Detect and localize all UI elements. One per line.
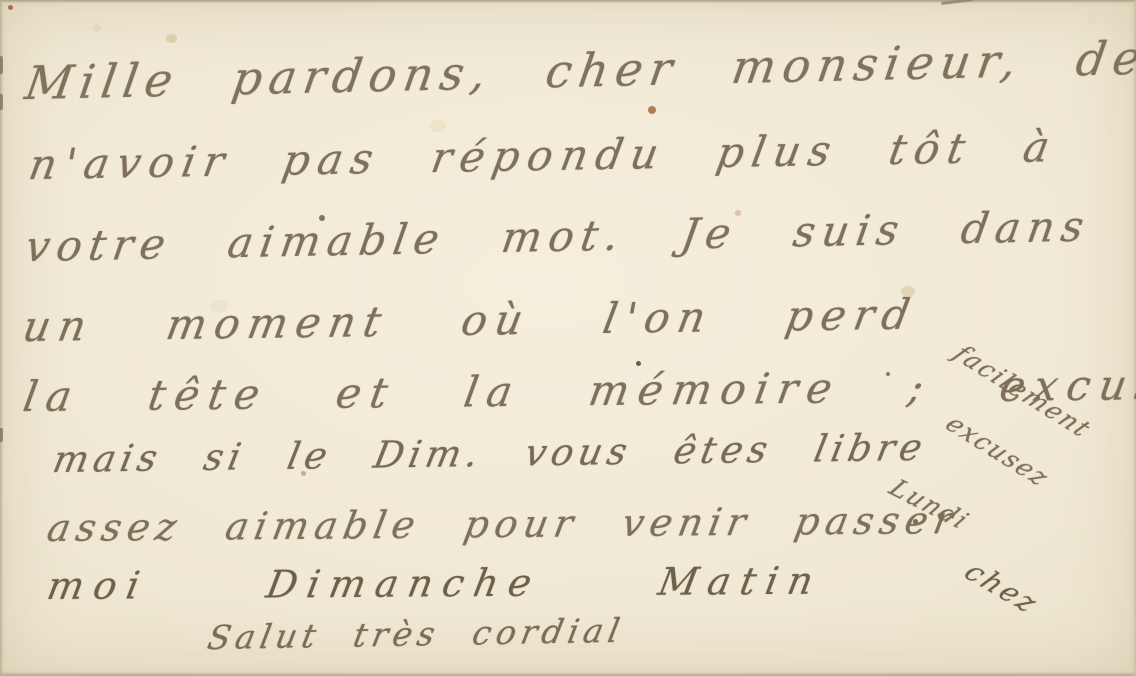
- handwritten-line-6: mais si le Dim. vous êtes libre: [49, 426, 930, 481]
- foxing-spot: [166, 34, 177, 43]
- foxing-spot: [1088, 16, 1098, 25]
- handwritten-line-7: assez aimable pour venir passer: [44, 498, 962, 550]
- handwritten-line-8: moi Dimanche Matin: [44, 559, 827, 608]
- edge-mark: [0, 94, 3, 110]
- paper-edge-bottom: [0, 672, 1136, 676]
- margin-word-2: excusez: [939, 410, 1056, 492]
- handwritten-line-4: un moment où l'on perd: [19, 290, 921, 352]
- handwritten-line-1: Mille pardons, cher monsieur, de: [22, 31, 1136, 111]
- letter-paper: Mille pardons, cher monsieur, de n'avoir…: [0, 0, 1136, 676]
- edge-mark: [0, 428, 3, 442]
- signature-line: Salut très cordial: [204, 611, 627, 657]
- foxing-spot: [92, 24, 101, 32]
- foxing-spot: [648, 106, 656, 114]
- foxing-spot: [430, 120, 446, 132]
- stray-ink-mark: [941, 0, 973, 5]
- paper-speck: [8, 5, 13, 10]
- edge-mark: [0, 56, 3, 74]
- margin-word-4: chez: [957, 556, 1046, 620]
- handwritten-line-3: votre aimable mot. Je suis dans: [22, 202, 1094, 272]
- handwritten-line-2: n'avoir pas répondu plus tôt à: [25, 122, 1061, 189]
